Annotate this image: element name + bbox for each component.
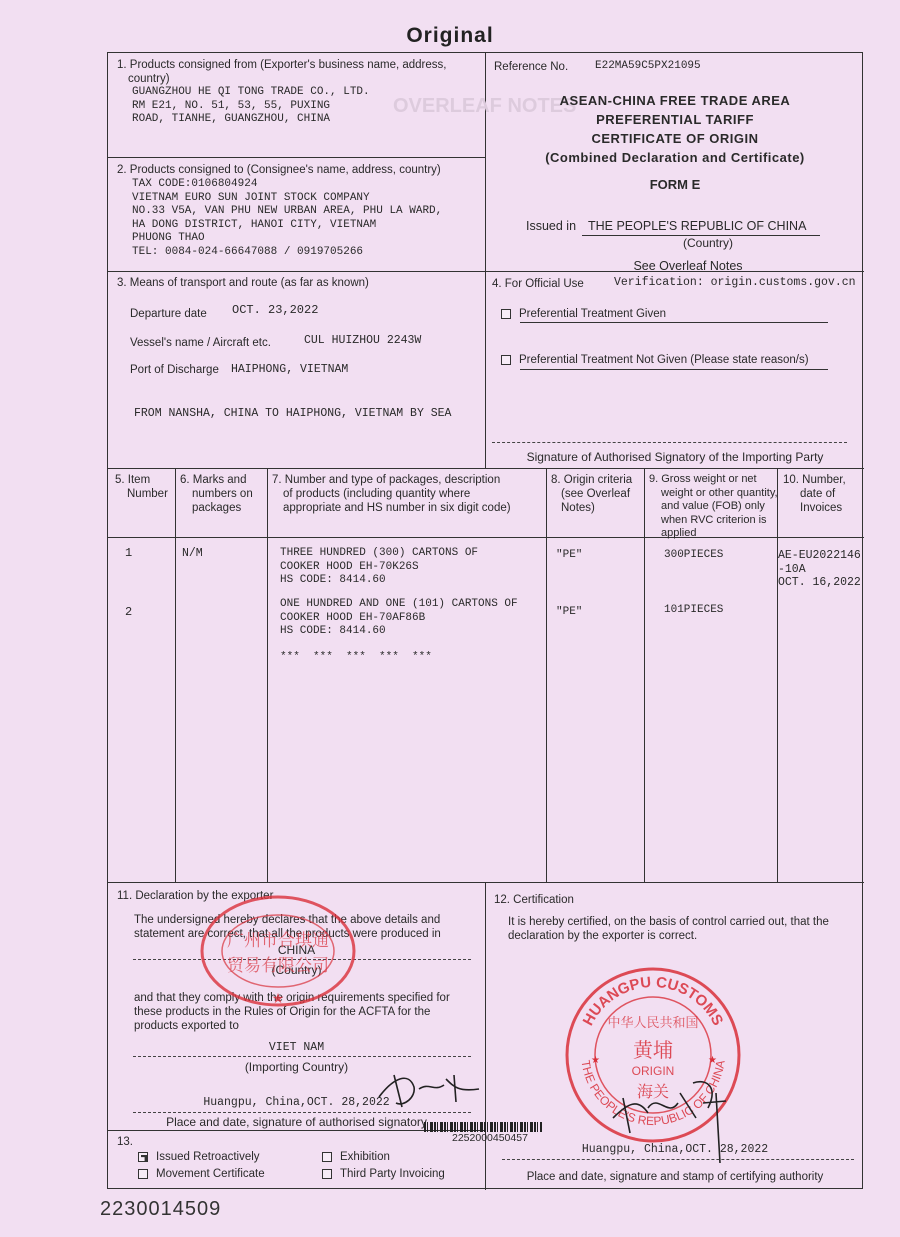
option-label: Third Party Invoicing bbox=[340, 1168, 445, 1180]
exporter-address-line: ROAD, TIANHE, GUANGZHOU, CHINA bbox=[132, 113, 370, 127]
header-text: Number bbox=[115, 487, 168, 501]
preferential-not-given-label: Preferential Treatment Not Given (Please… bbox=[519, 354, 809, 366]
box1-label: 1. Products consigned from (Exporter's b… bbox=[117, 58, 446, 86]
barcode bbox=[424, 1122, 542, 1132]
customs-place-date: Huangpu, China,OCT. 28,2022 bbox=[486, 1143, 864, 1157]
reference-number: E22MA59C5PX21095 bbox=[595, 60, 701, 74]
issued-retroactively-checkbox[interactable] bbox=[138, 1152, 148, 1162]
heading-line: CERTIFICATE OF ORIGIN bbox=[486, 129, 864, 148]
vessel-label: Vessel's name / Aircraft etc. bbox=[130, 336, 271, 350]
description-line: THREE HUNDRED (300) CARTONS OF bbox=[280, 547, 478, 561]
exporter-signature-line bbox=[133, 1112, 471, 1113]
certificate-heading: ASEAN-CHINA FREE TRADE AREA PREFERENTIAL… bbox=[486, 91, 864, 167]
box4-label: 4. For Official Use bbox=[492, 277, 584, 291]
verification-url: Verification: origin.customs.gov.cn bbox=[614, 276, 856, 290]
given-underline bbox=[520, 322, 828, 323]
vessel-name: CUL HUIZHOU 2243W bbox=[304, 334, 421, 348]
header-text: 6. Marks and bbox=[180, 473, 253, 487]
divider bbox=[108, 157, 485, 158]
consignee-tax-code: TAX CODE:0106804924 bbox=[132, 178, 442, 192]
document-title: Original bbox=[0, 24, 900, 48]
divider bbox=[108, 468, 864, 469]
heading-line: PREFERENTIAL TARIFF bbox=[486, 110, 864, 129]
header-text: (see Overleaf bbox=[551, 487, 632, 501]
box12-label: 12. Certification bbox=[494, 893, 574, 907]
divider bbox=[108, 882, 864, 883]
description-line: HS CODE: 8414.60 bbox=[280, 574, 478, 588]
divider bbox=[644, 468, 645, 882]
header-text: applied bbox=[649, 527, 778, 541]
svg-text:★: ★ bbox=[272, 990, 285, 1006]
departure-date: OCT. 23,2022 bbox=[232, 304, 318, 318]
certification-line: It is hereby certified, on the basis of … bbox=[508, 915, 829, 929]
transport-route: FROM NANSHA, CHINA TO HAIPHONG, VIETNAM … bbox=[134, 407, 451, 421]
row2-quantity: 101PIECES bbox=[664, 604, 723, 618]
header-text: weight or other quantity, bbox=[649, 487, 778, 501]
divider bbox=[267, 468, 268, 882]
header-text: Invoices bbox=[783, 501, 846, 515]
importing-country: VIET NAM bbox=[108, 1041, 485, 1055]
exporter-details: GUANGZHOU HE QI TONG TRADE CO., LTD. RM … bbox=[132, 86, 370, 127]
port-label: Port of Discharge bbox=[130, 363, 219, 377]
stamp-chinese-line: 贸易有限公司 bbox=[227, 956, 329, 976]
preferential-given-option[interactable]: Preferential Treatment Given bbox=[501, 307, 666, 321]
end-of-items-marker: *** *** *** *** *** bbox=[280, 651, 432, 665]
heading-line: ASEAN-CHINA FREE TRADE AREA bbox=[486, 91, 864, 110]
divider bbox=[546, 468, 547, 882]
header-text: 5. Item bbox=[115, 473, 168, 487]
row1-origin-criteria: "PE" bbox=[556, 549, 582, 563]
box13-label: 13. bbox=[117, 1135, 133, 1149]
divider bbox=[175, 468, 176, 882]
issued-in-country: THE PEOPLE'S REPUBLIC OF CHINA bbox=[588, 219, 806, 233]
option-movement-certificate[interactable]: Movement Certificate bbox=[138, 1167, 265, 1181]
header-origin-criteria: 8. Origin criteria (see Overleaf Notes) bbox=[551, 473, 632, 515]
option-third-party-invoicing[interactable]: Third Party Invoicing bbox=[322, 1167, 445, 1181]
option-exhibition[interactable]: Exhibition bbox=[322, 1150, 390, 1164]
exporter-address-line: RM E21, NO. 51, 53, 55, PUXING bbox=[132, 100, 370, 114]
departure-label: Departure date bbox=[130, 307, 207, 321]
header-text: when RVC criterion is bbox=[649, 514, 778, 528]
stamp-chinese-line: 广州市合琪通 bbox=[227, 931, 329, 951]
exporter-name: GUANGZHOU HE QI TONG TRADE CO., LTD. bbox=[132, 86, 370, 100]
form-name: FORM E bbox=[486, 177, 864, 192]
invoice-date: OCT. 16,2022 bbox=[778, 576, 861, 590]
header-text: 10. Number, bbox=[783, 473, 846, 487]
consignee-contact: PHUONG THAO bbox=[132, 232, 442, 246]
header-text: date of bbox=[783, 487, 846, 501]
header-description: 7. Number and type of packages, descript… bbox=[272, 473, 511, 515]
header-text: numbers on bbox=[180, 487, 253, 501]
importing-country-line bbox=[133, 1056, 471, 1057]
option-issued-retroactively[interactable]: Issued Retroactively bbox=[138, 1150, 260, 1164]
row1-marks: N/M bbox=[182, 547, 203, 561]
overleaf-note: See Overleaf Notes bbox=[568, 259, 808, 273]
consignee-address-line: HA DONG DISTRICT, HANOI CITY, VIETNAM bbox=[132, 219, 442, 233]
header-invoice: 10. Number, date of Invoices bbox=[783, 473, 846, 515]
row2-description: ONE HUNDRED AND ONE (101) CARTONS OF COO… bbox=[280, 598, 518, 639]
box1-label-line: 1. Products consigned from (Exporter's b… bbox=[117, 58, 446, 72]
row2-origin-criteria: "PE" bbox=[556, 606, 582, 620]
header-text: Notes) bbox=[551, 501, 632, 515]
stamp-center: 黄埔 bbox=[633, 1038, 673, 1062]
description-line: COOKER HOOD EH-70AF86B bbox=[280, 612, 518, 626]
comply-line: products exported to bbox=[134, 1019, 450, 1033]
preferential-given-label: Preferential Treatment Given bbox=[519, 308, 666, 320]
port-of-discharge: HAIPHONG, VIETNAM bbox=[231, 363, 348, 377]
header-text: 7. Number and type of packages, descript… bbox=[272, 473, 511, 487]
invoice-number: AE-EU2022146 bbox=[778, 549, 861, 563]
exporter-signature-icon bbox=[374, 1067, 484, 1112]
customs-signature-line bbox=[502, 1159, 854, 1160]
description-line: HS CODE: 8414.60 bbox=[280, 625, 518, 639]
option-label: Exhibition bbox=[340, 1151, 390, 1163]
row2-item-number: 2 bbox=[125, 606, 132, 620]
movement-certificate-checkbox[interactable] bbox=[138, 1169, 148, 1179]
consignee-phone: TEL: 0084-024-66647088 / 0919705266 bbox=[132, 246, 442, 260]
issued-country-caption: (Country) bbox=[608, 236, 808, 250]
customs-signature-caption: Place and date, signature and stamp of c… bbox=[486, 1170, 864, 1184]
barcode-number: 2252000450457 bbox=[452, 1132, 528, 1144]
invoice-details: AE-EU2022146 -10A OCT. 16,2022 bbox=[778, 549, 861, 590]
not-given-underline bbox=[520, 369, 828, 370]
heading-line: (Combined Declaration and Certificate) bbox=[486, 148, 864, 167]
third-party-invoicing-checkbox[interactable] bbox=[322, 1169, 332, 1179]
header-text: of products (including quantity where bbox=[272, 487, 511, 501]
exhibition-checkbox[interactable] bbox=[322, 1152, 332, 1162]
header-text: packages bbox=[180, 501, 253, 515]
certification-statement: It is hereby certified, on the basis of … bbox=[508, 915, 829, 943]
header-item-number: 5. Item Number bbox=[115, 473, 168, 501]
preferential-not-given-checkbox[interactable] bbox=[501, 355, 511, 365]
importer-signature-caption: Signature of Authorised Signatory of the… bbox=[486, 450, 864, 464]
option-label: Issued Retroactively bbox=[156, 1151, 260, 1163]
header-text: 8. Origin criteria bbox=[551, 473, 632, 487]
row1-description: THREE HUNDRED (300) CARTONS OF COOKER HO… bbox=[280, 547, 478, 588]
description-line: ONE HUNDRED AND ONE (101) CARTONS OF bbox=[280, 598, 518, 612]
row1-item-number: 1 bbox=[125, 547, 132, 561]
box2-label: 2. Products consigned to (Consignee's na… bbox=[117, 163, 441, 177]
header-text: appropriate and HS number in six digit c… bbox=[272, 501, 511, 515]
invoice-number-suffix: -10A bbox=[778, 563, 861, 577]
header-text: and value (FOB) only bbox=[649, 500, 778, 514]
preferential-not-given-option[interactable]: Preferential Treatment Not Given (Please… bbox=[501, 353, 809, 367]
stamp-inner-top: 中华人民共和国 bbox=[607, 1015, 698, 1031]
exporter-company-stamp: 广州市合琪通 贸易有限公司 ★ bbox=[198, 891, 358, 1011]
consignee-details: TAX CODE:0106804924 VIETNAM EURO SUN JOI… bbox=[132, 178, 442, 259]
box3-label: 3. Means of transport and route (as far … bbox=[117, 276, 369, 290]
header-marks: 6. Marks and numbers on packages bbox=[180, 473, 253, 515]
certification-line: declaration by the exporter is correct. bbox=[508, 929, 829, 943]
svg-text:★: ★ bbox=[591, 1055, 600, 1066]
box1-label-line: country) bbox=[117, 72, 446, 86]
header-weight: 9. Gross weight or net weight or other q… bbox=[649, 473, 778, 541]
description-line: COOKER HOOD EH-70K26S bbox=[280, 561, 478, 575]
row1-quantity: 300PIECES bbox=[664, 549, 723, 563]
certificate-form: OVERLEAF NOTES 1. Products consigned fro… bbox=[107, 52, 863, 1189]
reference-label: Reference No. bbox=[494, 60, 568, 74]
issued-in-label: Issued in bbox=[526, 219, 576, 233]
preferential-given-checkbox[interactable] bbox=[501, 309, 511, 319]
consignee-name: VIETNAM EURO SUN JOINT STOCK COMPANY bbox=[132, 192, 442, 206]
consignee-address-line: NO.33 V5A, VAN PHU NEW URBAN AREA, PHU L… bbox=[132, 205, 442, 219]
certificate-serial-number: 2230014509 bbox=[100, 1198, 221, 1221]
header-text: 9. Gross weight or net bbox=[649, 473, 778, 487]
option-label: Movement Certificate bbox=[156, 1168, 265, 1180]
importer-signature-line bbox=[492, 442, 847, 443]
